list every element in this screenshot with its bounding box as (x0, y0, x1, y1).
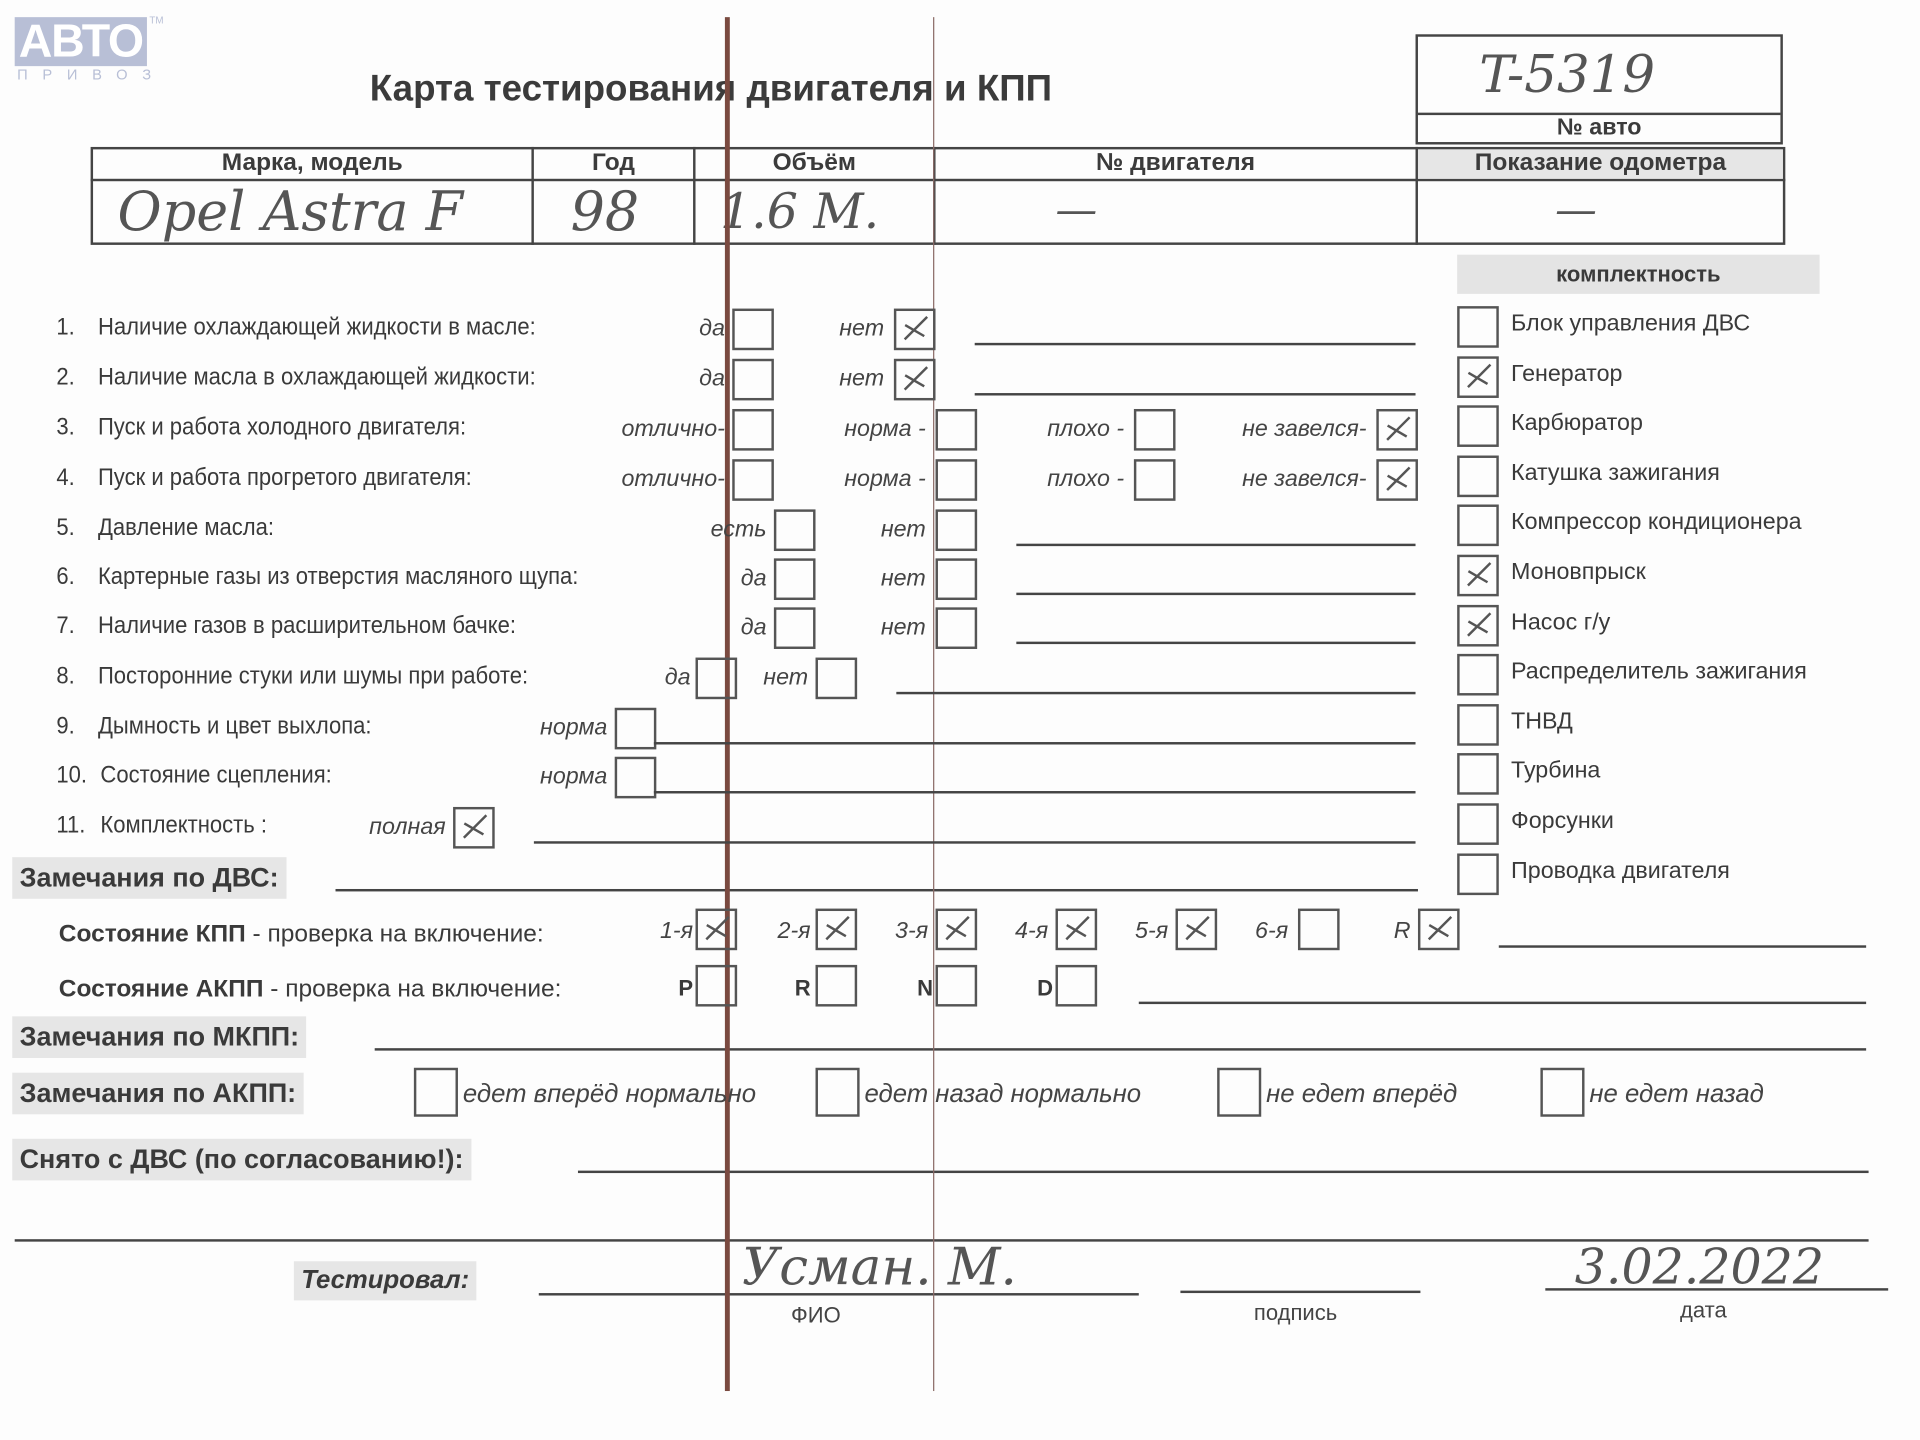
kpp-label-rest: - проверка на включение: (246, 921, 544, 948)
question-3-checkbox[interactable] (1376, 409, 1418, 451)
komplektnost-item-label: Турбина (1511, 758, 1600, 785)
col-header-volume: Объём (696, 149, 934, 177)
question-11-text: Комплектность : (100, 812, 267, 840)
komplektnost-checkbox[interactable] (1457, 555, 1499, 597)
tester-name-value: Усман. М. (742, 1237, 1017, 1297)
akpp-position-label: D (1037, 976, 1053, 1002)
komplektnost-item-label: Распределитель зажигания (1511, 659, 1807, 686)
komplektnost-checkbox[interactable] (1457, 654, 1499, 696)
komplektnost-item-label: Насос г/у (1511, 609, 1610, 636)
akpp-position-checkbox[interactable] (696, 965, 738, 1007)
make-model-value: Opel Astra F (118, 181, 464, 243)
question-3-option-label: плохо - (1047, 416, 1124, 443)
signature-caption: подпись (1254, 1300, 1337, 1326)
question-4-checkbox[interactable] (1134, 459, 1176, 501)
question-4-checkbox[interactable] (732, 459, 774, 501)
question-1-notes-line[interactable] (975, 343, 1416, 345)
question-2-option-label: да (699, 366, 725, 393)
car-number-label: № авто (1418, 115, 1780, 142)
akpp-position-label: P (678, 976, 693, 1002)
question-3-number: 3. (56, 414, 74, 442)
remarks-mkpp-label: Замечания по МКПП: (12, 1016, 306, 1058)
question-8-checkbox[interactable] (696, 658, 738, 700)
komplektnost-item-label: Карбюратор (1511, 410, 1643, 437)
logo-subtitle: ПРИВОЗ (17, 66, 166, 83)
question-7-text: Наличие газов в расширительном бачке: (98, 612, 516, 640)
date-value: 3.02.2022 (1575, 1239, 1824, 1295)
kpp-gear-checkbox[interactable] (1056, 909, 1098, 951)
akpp-remark-label: едет вперёд нормально (463, 1080, 756, 1109)
question-11-option-label: полная (369, 814, 446, 841)
question-9-number: 9. (56, 713, 74, 741)
akpp-remark-label: едет назад нормально (864, 1080, 1141, 1109)
question-6-checkbox[interactable] (774, 558, 816, 600)
question-8-number: 8. (56, 662, 74, 690)
akpp-label-rest: - проверка на включение: (263, 976, 561, 1003)
kpp-gear-checkbox[interactable] (696, 909, 738, 951)
remarks-akpp-label: Замечания по АКПП: (12, 1073, 303, 1115)
test-card-document: АВТО TM ПРИВОЗ Карта тестирования двигат… (0, 0, 1920, 1440)
komplektnost-checkbox[interactable] (1457, 604, 1499, 646)
question-9-checkbox[interactable] (615, 708, 657, 750)
removed-line-1[interactable] (578, 1171, 1869, 1173)
question-4-text: Пуск и работа прогретого двигателя: (98, 464, 472, 492)
question-4-option-label: норма - (844, 467, 926, 494)
date-line[interactable] (1545, 1288, 1888, 1290)
akpp-remark-checkbox[interactable] (1217, 1068, 1261, 1117)
akpp-remark-checkbox[interactable] (414, 1068, 458, 1117)
question-8-checkbox[interactable] (816, 658, 858, 700)
year-value: 98 (571, 181, 640, 243)
komplektnost-checkbox[interactable] (1457, 306, 1499, 348)
question-4-checkbox[interactable] (936, 459, 978, 501)
question-4-option-label: отлично- (621, 467, 724, 494)
question-5-text: Давление масла: (98, 514, 274, 542)
question-2-number: 2. (56, 364, 74, 392)
col-header-make-model: Марка, модель (93, 149, 531, 177)
akpp-position-checkbox[interactable] (816, 965, 858, 1007)
akpp-position-label: N (917, 976, 933, 1002)
question-9-notes-line[interactable] (654, 742, 1416, 744)
question-1-checkbox[interactable] (894, 309, 936, 351)
logo-trademark: TM (149, 15, 163, 26)
komplektnost-item-label: Компрессор кондиционера (1511, 510, 1802, 537)
question-6-option-label: нет (881, 566, 926, 593)
question-3-option-label: не завелся- (1242, 416, 1366, 443)
question-10-checkbox[interactable] (615, 757, 657, 799)
question-6-notes-line[interactable] (1016, 593, 1415, 595)
question-3-checkbox[interactable] (732, 409, 774, 451)
kpp-gear-checkbox[interactable] (1298, 909, 1340, 951)
kpp-gear-checkbox[interactable] (936, 909, 978, 951)
fold-line (725, 17, 730, 1391)
komplektnost-item-label: Проводка двигателя (1511, 858, 1730, 885)
question-1-option-label: да (699, 316, 725, 343)
kpp-gear-label: 2-я (778, 918, 811, 945)
akpp-position-checkbox[interactable] (1056, 965, 1098, 1007)
akpp-remark-label: не едет вперёд (1266, 1080, 1457, 1109)
question-8-option-label: да (665, 665, 691, 692)
komplektnost-checkbox[interactable] (1457, 853, 1499, 895)
komplektnost-checkbox[interactable] (1457, 356, 1499, 398)
question-4-option-label: плохо - (1047, 467, 1124, 494)
question-2-checkbox[interactable] (732, 359, 774, 401)
question-10-notes-line[interactable] (654, 791, 1416, 793)
question-8-option-label: нет (763, 665, 808, 692)
question-1-checkbox[interactable] (732, 309, 774, 351)
question-5-number: 5. (56, 514, 74, 542)
question-5-option-label: нет (881, 517, 926, 544)
kpp-gear-checkbox[interactable] (816, 909, 858, 951)
question-3-checkbox[interactable] (1134, 409, 1176, 451)
akpp-label-bold: Состояние АКПП (59, 976, 264, 1003)
question-7-option-label: нет (881, 615, 926, 642)
akpp-remark-checkbox[interactable] (816, 1068, 860, 1117)
question-8-text: Посторонние стуки или шумы при работе: (98, 662, 528, 690)
remarks-dvs-line[interactable] (336, 889, 1418, 891)
question-2-checkbox[interactable] (894, 359, 936, 401)
question-1-text: Наличие охлаждающей жидкости в масле: (98, 313, 536, 341)
komplektnost-checkbox[interactable] (1457, 406, 1499, 448)
name-caption: ФИО (791, 1303, 841, 1329)
kpp-gear-label: 5-я (1135, 918, 1168, 945)
komplektnost-item-label: Моновпрыск (1511, 560, 1646, 587)
komplektnost-item-label: ТНВД (1511, 709, 1573, 736)
question-5-checkbox[interactable] (774, 509, 816, 551)
akpp-remark-label: не едет назад (1589, 1080, 1763, 1109)
kpp-label-bold: Состояние КПП (59, 921, 246, 948)
komplektnost-checkbox[interactable] (1457, 704, 1499, 746)
question-10-number: 10. (56, 762, 87, 790)
komplektnost-checkbox[interactable] (1457, 455, 1499, 497)
avto-privoz-logo: АВТО (15, 17, 147, 66)
page-title: Карта тестирования двигателя и КПП (370, 69, 1052, 111)
komplektnost-item-label: Форсунки (1511, 808, 1614, 835)
kpp-label: Состояние КПП - проверка на включение: (59, 921, 544, 949)
question-6-checkbox[interactable] (936, 558, 978, 600)
removed-label: Снято с ДВС (по согласованию!): (12, 1139, 471, 1181)
question-3-checkbox[interactable] (936, 409, 978, 451)
question-5-notes-line[interactable] (1016, 544, 1415, 546)
remarks-dvs-label: Замечания по ДВС: (12, 857, 286, 899)
question-2-text: Наличие масла в охлаждающей жидкости: (98, 364, 536, 392)
kpp-gear-label: 1-я (660, 918, 693, 945)
akpp-notes-line[interactable] (1139, 1002, 1866, 1004)
question-2-option-label: нет (839, 366, 884, 393)
komplektnost-checkbox[interactable] (1457, 754, 1499, 796)
komplektnost-item-label: Генератор (1511, 361, 1622, 388)
date-caption: дата (1680, 1298, 1727, 1324)
remarks-mkpp-line[interactable] (375, 1048, 1866, 1050)
akpp-remark-checkbox[interactable] (1540, 1068, 1584, 1117)
car-number-value: T-5319 (1479, 44, 1655, 104)
kpp-gear-label: 4-я (1015, 918, 1048, 945)
tested-label: Тестировал: (294, 1261, 477, 1300)
question-7-notes-line[interactable] (1016, 642, 1415, 644)
question-7-number: 7. (56, 612, 74, 640)
question-6-number: 6. (56, 563, 74, 591)
question-11-number: 11. (56, 812, 85, 840)
col-header-odometer: Показание одометра (1418, 149, 1783, 177)
question-1-option-label: нет (839, 316, 884, 343)
signature-line[interactable] (1180, 1291, 1420, 1293)
komplektnost-checkbox[interactable] (1457, 803, 1499, 845)
col-header-engine-no: № двигателя (936, 149, 1416, 177)
question-8-notes-line[interactable] (896, 692, 1415, 694)
car-number-box: T-5319 № авто (1416, 34, 1783, 144)
question-2-notes-line[interactable] (975, 393, 1416, 395)
question-10-option-label: норма (540, 764, 607, 791)
komplektnost-item-label: Блок управления ДВС (1511, 311, 1750, 338)
odometer-value: — (1555, 186, 1597, 235)
kpp-notes-line[interactable] (1499, 945, 1866, 947)
question-11-notes-line[interactable] (534, 841, 1416, 843)
question-1-number: 1. (56, 313, 74, 341)
question-6-text: Картерные газы из отверстия масляного щу… (98, 563, 578, 591)
kpp-gear-label: 6-я (1255, 918, 1288, 945)
komplektnost-header: комплектность (1457, 255, 1819, 294)
question-3-text: Пуск и работа холодного двигателя: (98, 414, 466, 442)
komplektnost-checkbox[interactable] (1457, 505, 1499, 547)
question-9-text: Дымность и цвет выхлопа: (98, 713, 372, 741)
question-4-number: 4. (56, 464, 74, 492)
kpp-gear-label: 3-я (895, 918, 928, 945)
col-header-year: Год (534, 149, 693, 177)
question-10-text: Состояние сцепления: (100, 762, 331, 790)
question-3-option-label: отлично- (621, 416, 724, 443)
engine-no-value: — (1056, 186, 1098, 235)
question-11-checkbox[interactable] (453, 807, 495, 849)
kpp-gear-checkbox[interactable] (1176, 909, 1218, 951)
akpp-position-checkbox[interactable] (936, 965, 978, 1007)
tester-name-line[interactable] (539, 1293, 1139, 1295)
komplektnost-item-label: Катушка зажигания (1511, 460, 1720, 487)
question-6-option-label: да (741, 566, 767, 593)
kpp-gear-label: R (1394, 918, 1411, 945)
kpp-gear-checkbox[interactable] (1418, 909, 1460, 951)
question-9-option-label: норма (540, 715, 607, 742)
question-7-checkbox[interactable] (936, 607, 978, 649)
question-7-checkbox[interactable] (774, 607, 816, 649)
volume-value: 1.6 M. (720, 184, 879, 240)
question-4-checkbox[interactable] (1376, 459, 1418, 501)
akpp-label: Состояние АКПП - проверка на включение: (59, 976, 562, 1004)
question-5-option-label: есть (711, 517, 767, 544)
fold-line-thin (933, 17, 934, 1391)
question-7-option-label: да (741, 615, 767, 642)
question-4-option-label: не завелся- (1242, 467, 1366, 494)
question-5-checkbox[interactable] (936, 509, 978, 551)
akpp-position-label: R (795, 976, 811, 1002)
question-3-option-label: норма - (844, 416, 926, 443)
